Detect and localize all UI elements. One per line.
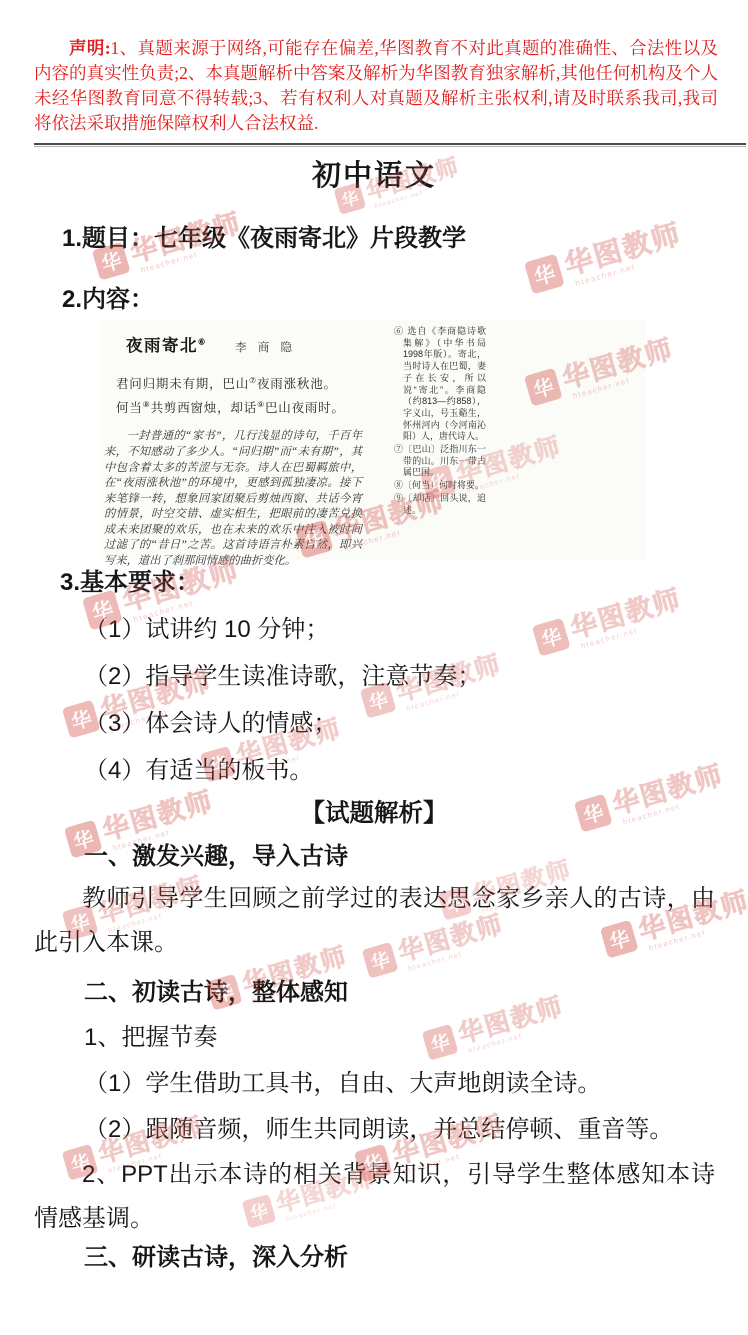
poem-title: 夜雨寄北⑥ — [126, 337, 207, 355]
requirement-item: （1）试讲约 10 分钟； — [84, 616, 748, 644]
footnote: ⑥ 选自《李商隐诗歌集解》（中华书局1998年版）。寄北，当时诗人在巴蜀，妻子在… — [394, 326, 486, 443]
analysis-section-heading: 三、研读古诗，深入分析 — [84, 1243, 748, 1273]
requirement-item: （3）体会诗人的情感； — [84, 710, 748, 738]
poem-line: 君问归期未有期，巴山⑦夜雨涨秋池。 — [116, 371, 362, 395]
document-page: 声明:1、真题来源于网络,可能存在偏差,华图教育不对此真题的准确性、合法性以及内… — [0, 36, 748, 1273]
disclaimer-body: 1、真题来源于网络,可能存在偏差,华图教育不对此真题的准确性、合法性以及内容的真… — [34, 38, 718, 133]
analysis-subitem: 1、把握节奏 — [84, 1023, 748, 1053]
analysis-paragraph: 2、PPT出示本诗的相关背景知识，引导学生整体感知本诗情感基调。 — [34, 1153, 715, 1241]
textbook-footnotes: ⑥ 选自《李商隐诗歌集解》（中华书局1998年版）。寄北，当时诗人在巴蜀，妻子在… — [394, 326, 486, 517]
poem-author: 李 商 隐 — [235, 342, 296, 354]
poem-line: 何当⑧共剪西窗烛，却话⑨巴山夜雨时。 — [116, 395, 362, 419]
footnote: ⑨〔却话〕回头说，追述。 — [394, 493, 486, 516]
question-requirements-label: 3.基本要求： — [60, 569, 748, 597]
question-content-label: 2.内容： — [62, 286, 748, 314]
poem-body: 君问归期未有期，巴山⑦夜雨涨秋池。 何当⑧共剪西窗烛，却话⑨巴山夜雨时。 — [116, 371, 362, 418]
analysis-section-heading: 二、初读古诗，整体感知 — [84, 978, 748, 1008]
poem-commentary: 一封普通的“家书”，几行浅显的诗句，千百年来，不知感动了多少人。“问归期”而“未… — [104, 429, 362, 569]
footnote: ⑦〔巴山〕泛指川东一带的山。川东一带古属巴国。 — [394, 444, 486, 479]
analysis-subitem: （1）学生借助工具书，自由、大声地朗读全诗。 — [84, 1069, 748, 1099]
analysis-section-heading: 一、激发兴趣，导入古诗 — [84, 842, 748, 872]
analysis-subitem: （2）跟随音频，师生共同朗读，并总结停顿、重音等。 — [84, 1115, 748, 1145]
textbook-left-column: 夜雨寄北⑥ 李 商 隐 君问归期未有期，巴山⑦夜雨涨秋池。 何当⑧共剪西窗烛，却… — [104, 332, 362, 570]
requirement-item: （2）指导学生读准诗歌，注意节奏； — [84, 663, 748, 691]
analysis-paragraph: 教师引导学生回顾之前学过的表达思念家乡亲人的古诗，由此引入本课。 — [34, 877, 715, 965]
disclaimer-text: 声明:1、真题来源于网络,可能存在偏差,华图教育不对此真题的准确性、合法性以及内… — [34, 36, 718, 136]
poem-title-row: 夜雨寄北⑥ 李 商 隐 — [126, 332, 362, 356]
disclaimer-label: 声明: — [69, 38, 111, 58]
divider-line — [34, 143, 746, 147]
question-title: 1.题目：七年级《夜雨寄北》片段教学 — [62, 225, 748, 253]
requirement-item: （4）有适当的板书。 — [84, 757, 748, 785]
textbook-page-image: 夜雨寄北⑥ 李 商 隐 君问归期未有期，巴山⑦夜雨涨秋池。 何当⑧共剪西窗烛，却… — [100, 320, 645, 560]
footnote: ⑧〔何当〕何时将要。 — [394, 480, 486, 492]
analysis-header: 【试题解析】 — [0, 799, 748, 829]
page-title: 初中语文 — [0, 156, 748, 196]
